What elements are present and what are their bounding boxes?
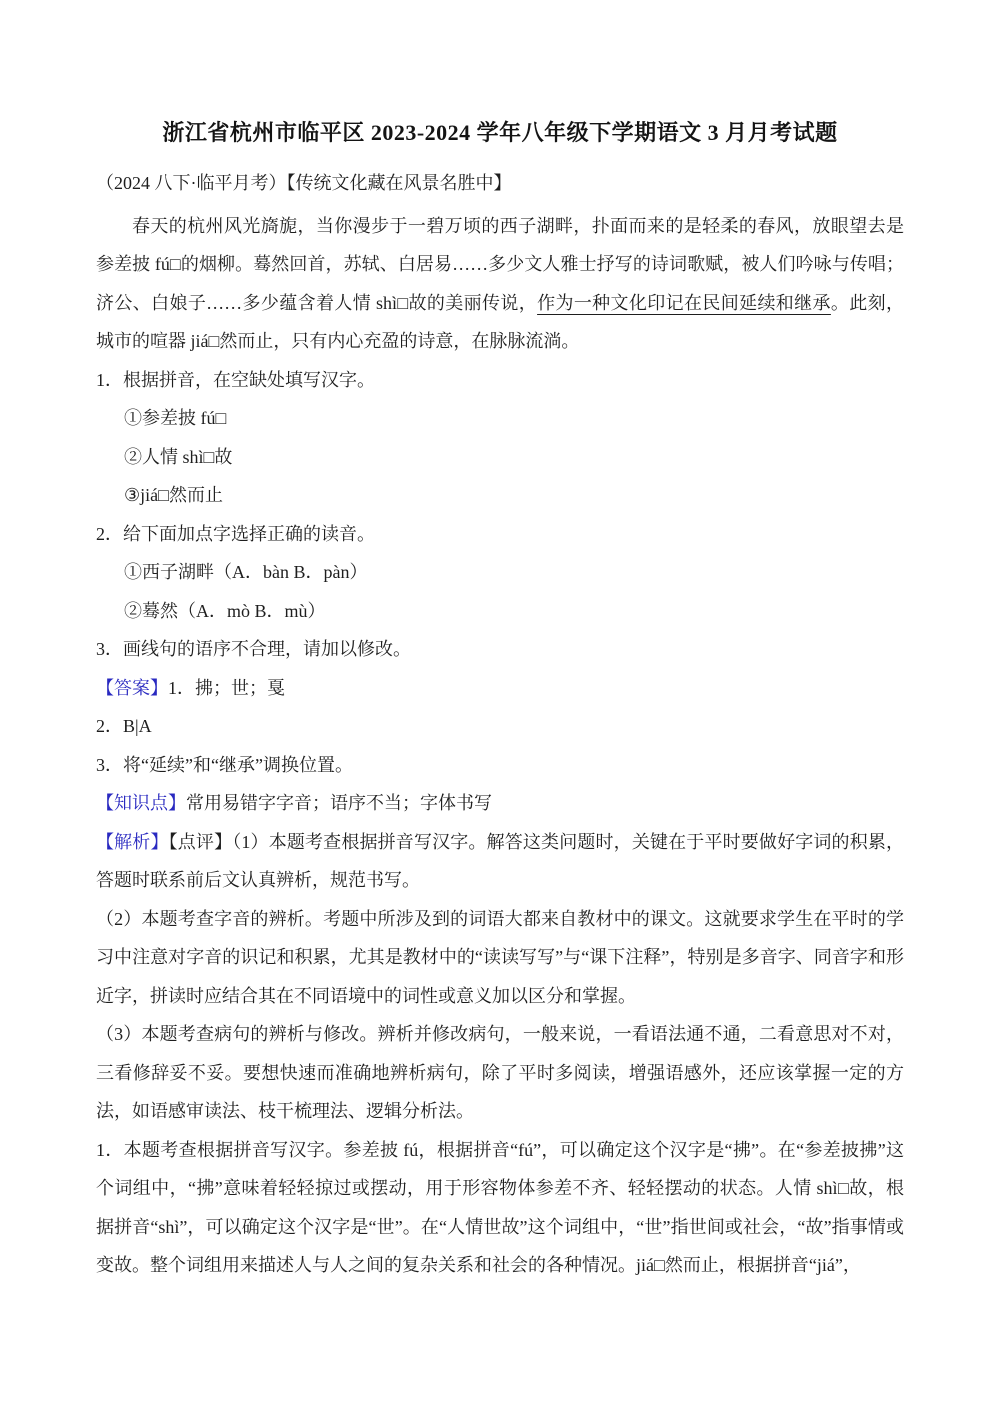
- answer-2-text: 2．B|A: [96, 707, 904, 746]
- analysis-detail-1-paragraph: 1．本题考查根据拼音写汉字。参差披 fú，根据拼音“fú”，可以确定这个汉字是“…: [96, 1131, 904, 1285]
- answer-1-text: 1．拂；世；戛: [168, 678, 285, 698]
- source-tag: （2024 八下·临平月考）【传统文化藏在风景名胜中】: [96, 164, 904, 203]
- knowledge-points-label: 【知识点】: [96, 793, 186, 813]
- passage-paragraph: 春天的杭州风光旖旎，当你漫步于一碧万顷的西子湖畔，扑面而来的是轻柔的春风，放眼望…: [96, 207, 904, 361]
- question-1-item-1: ①参差披 fú□: [96, 399, 904, 438]
- question-1-item-3: ③jiá□然而止: [96, 476, 904, 515]
- question-1-stem: 1．根据拼音，在空缺处填写汉字。: [96, 361, 904, 400]
- answer-label: 【答案】: [96, 678, 168, 698]
- page-title: 浙江省杭州市临平区 2023-2024 学年八年级下学期语文 3 月月考试题: [96, 116, 904, 150]
- exam-document-page: 浙江省杭州市临平区 2023-2024 学年八年级下学期语文 3 月月考试题 （…: [0, 0, 1000, 1414]
- analysis-point-2-paragraph: （2）本题考查字音的辨析。考题中所涉及到的词语大都来自教材中的课文。这就要求学生…: [96, 900, 904, 1016]
- knowledge-points-text: 常用易错字字音；语序不当；字体书写: [186, 793, 492, 813]
- underlined-clause: 作为一种文化印记在民间延续和继承: [537, 293, 831, 313]
- analysis-point-3-paragraph: （3）本题考查病句的辨析与修改。辨析并修改病句，一般来说，一看语法通不通，二看意…: [96, 1015, 904, 1131]
- question-2-item-1: ①西子湖畔（A．bàn B．pàn）: [96, 553, 904, 592]
- question-2-stem: 2．给下面加点字选择正确的读音。: [96, 515, 904, 554]
- analysis-comment-paragraph: 【解析】【点评】（1）本题考查根据拼音写汉字。解答这类问题时，关键在于平时要做好…: [96, 823, 904, 900]
- question-2-item-2: ②蓦然（A．mò B．mù）: [96, 592, 904, 631]
- answer-line-1: 【答案】1．拂；世；戛: [96, 669, 904, 708]
- knowledge-points-line: 【知识点】常用易错字字音；语序不当；字体书写: [96, 784, 904, 823]
- comment-label: 【点评】: [169, 832, 233, 852]
- question-1-item-2: ②人情 shì□故: [96, 438, 904, 477]
- answer-3-text: 3．将“延续”和“继承”调换位置。: [96, 746, 904, 785]
- question-3-stem: 3．画线句的语序不合理，请加以修改。: [96, 630, 904, 669]
- analysis-label: 【解析】: [96, 832, 169, 852]
